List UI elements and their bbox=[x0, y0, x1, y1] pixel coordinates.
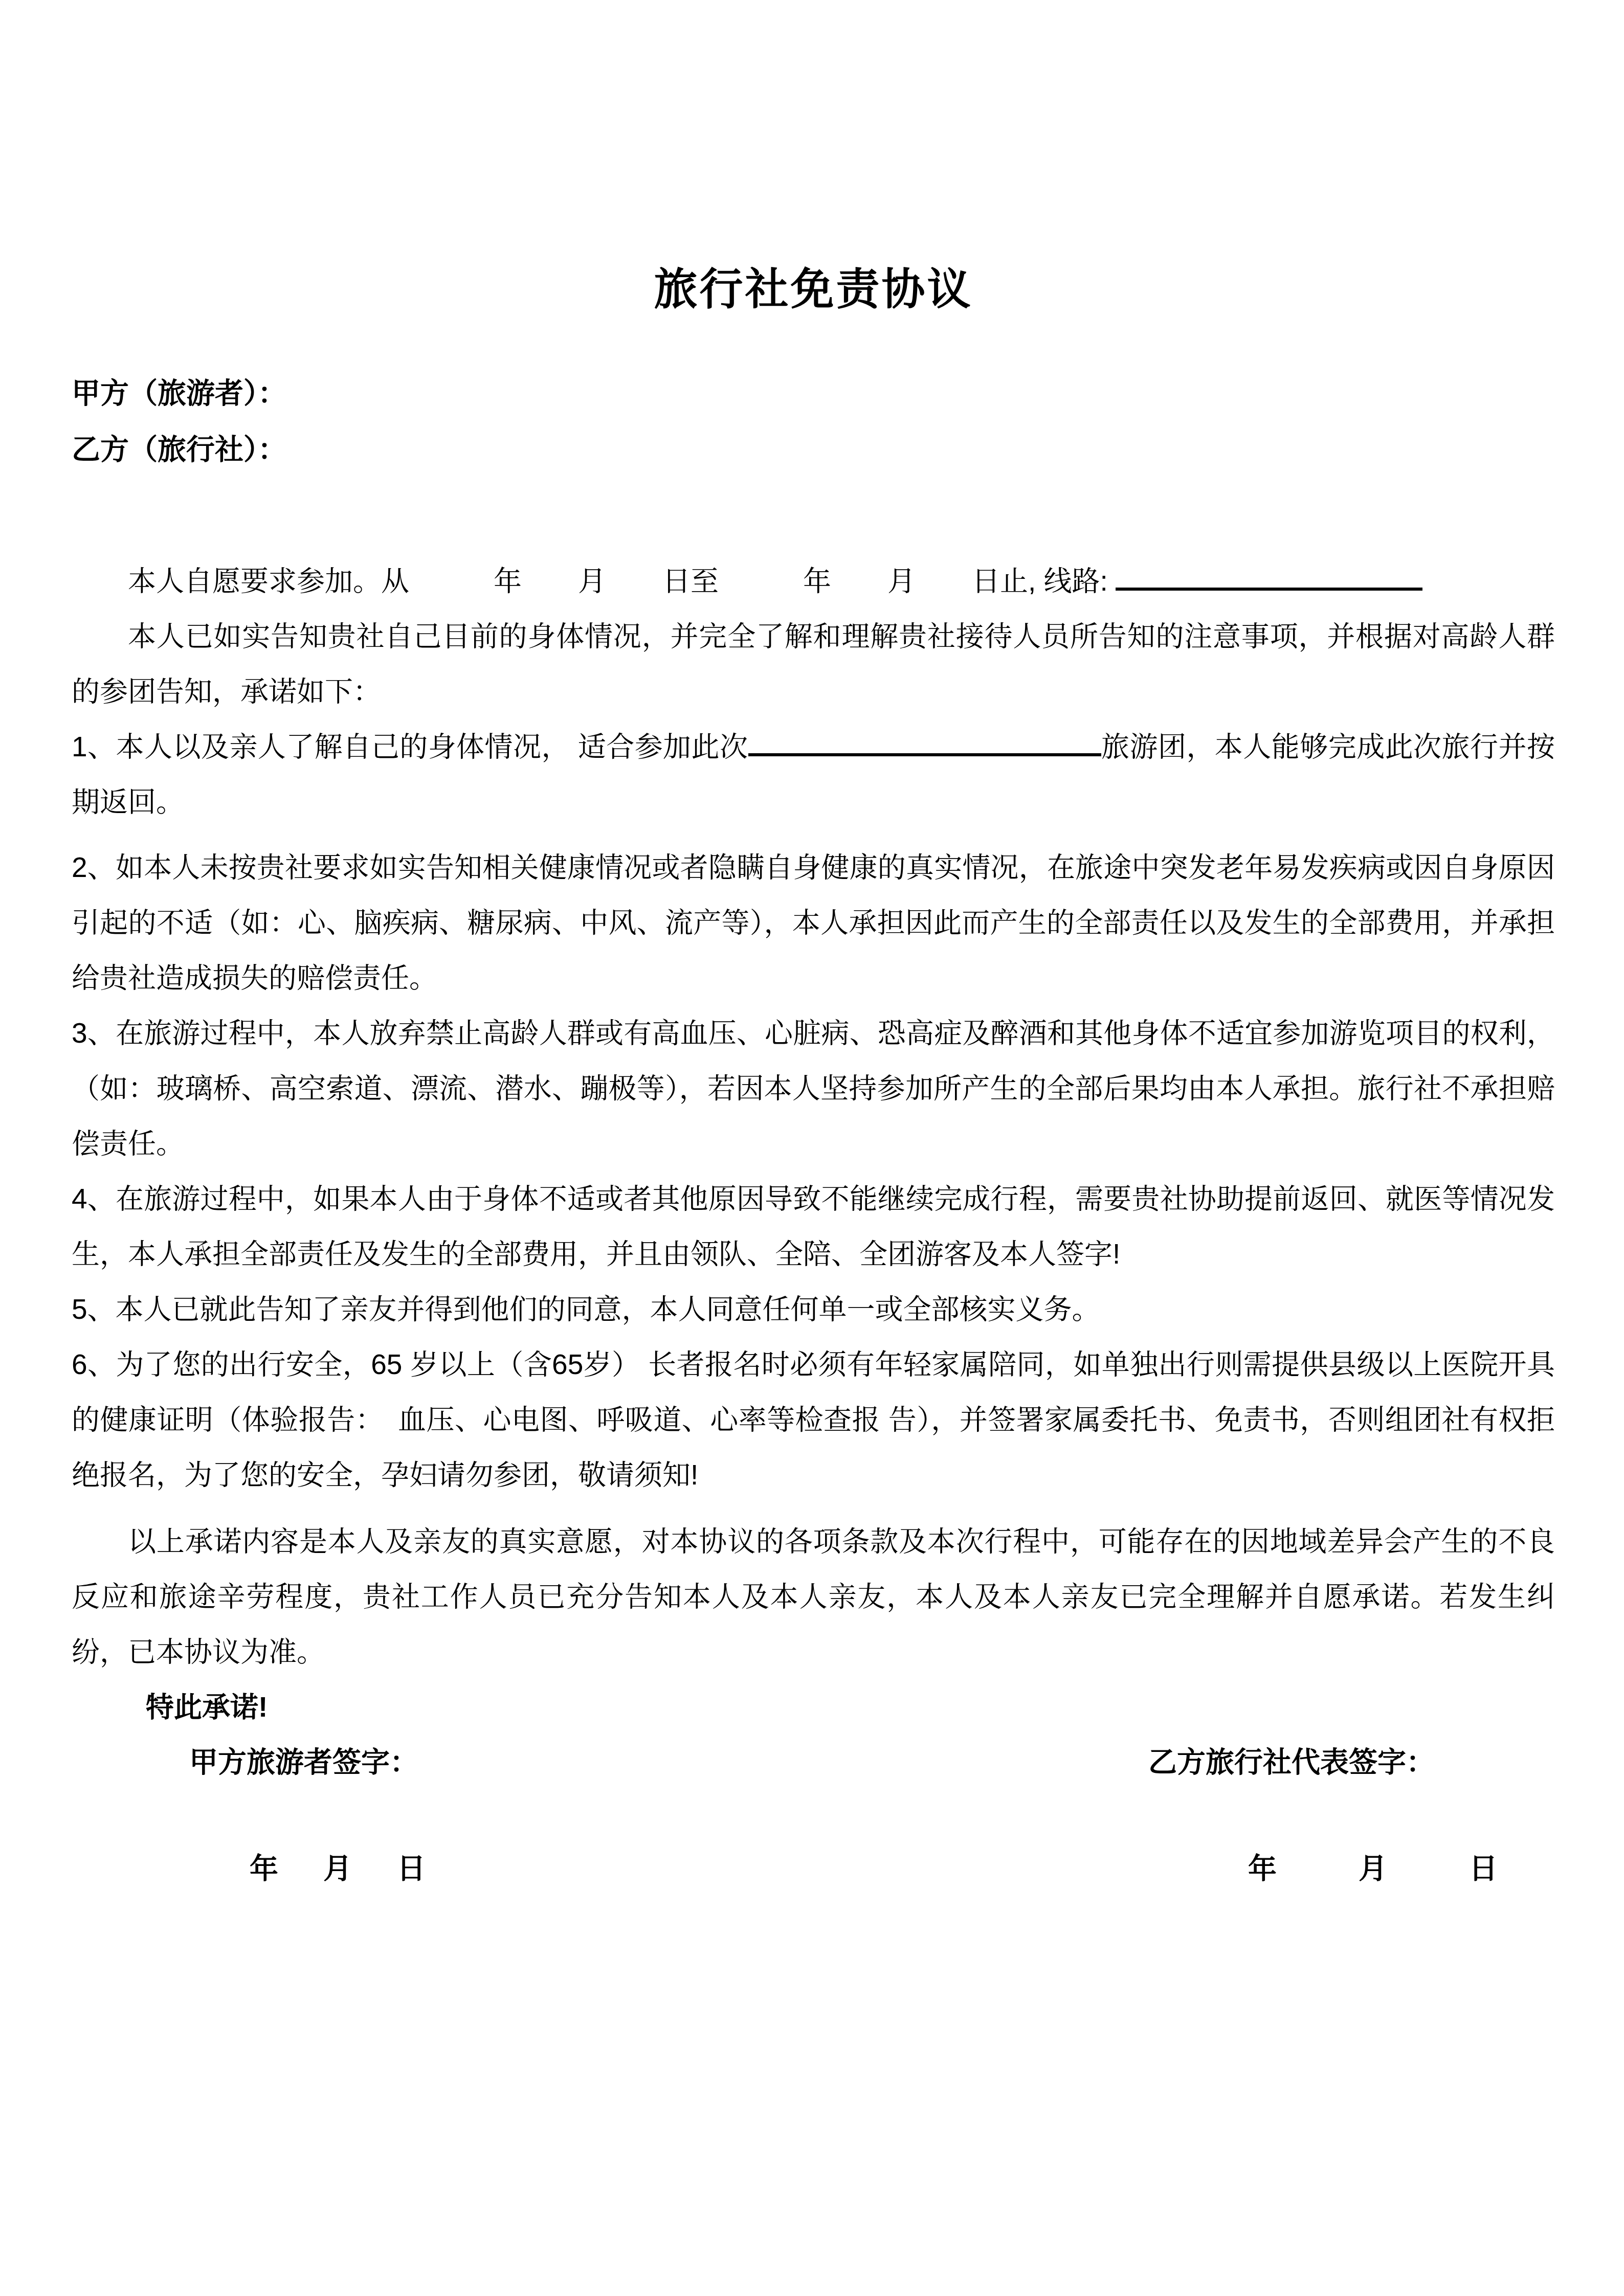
party-a-label: 甲方（旅游者）： bbox=[72, 365, 1555, 421]
clause-1-text-pre: 1、本人以及亲人了解自己的身体情况， 适合参加此次 bbox=[72, 731, 748, 762]
clause-2: 2、如本人未按贵社要求如实告知相关健康情况或者隐瞒自身健康的真实情况，在旅途中突… bbox=[72, 840, 1555, 1005]
promise-line: 特此承诺! bbox=[72, 1679, 1555, 1735]
health-notice-paragraph: 本人已如实告知贵社自己目前的身体情况，并完全了解和理解贵社接待人员所告知的注意事… bbox=[72, 609, 1555, 719]
clause-1: 1、本人以及亲人了解自己的身体情况， 适合参加此次旅游团，本人能够完成此次旅行并… bbox=[72, 719, 1555, 829]
party-b-signature-label: 乙方旅行社代表签字： bbox=[1148, 1735, 1435, 1790]
clause-4: 4、在旅游过程中，如果本人由于身体不适或者其他原因导致不能继续完成行程，需要贵社… bbox=[72, 1171, 1555, 1281]
document-page: 旅行社免责协议 甲方（旅游者）： 乙方（旅行社）： 本人自愿要求参加。从 年 月… bbox=[0, 0, 1624, 2296]
closing-paragraph: 以上承诺内容是本人及亲友的真实意愿，对本协议的各项条款及本次行程中，可能存在的因… bbox=[72, 1514, 1555, 1679]
party-b-date-line: 年 月 日 bbox=[1248, 1841, 1506, 1896]
intro-line: 本人自愿要求参加。从 年 月 日至 年 月 日止, 线路: bbox=[72, 553, 1555, 609]
signature-row: 甲方旅游者签字： 乙方旅行社代表签字： bbox=[72, 1735, 1555, 1790]
clause-6: 6、为了您的出行安全，65 岁以上（含65岁） 长者报名时必须有年轻家属陪同，如… bbox=[72, 1337, 1555, 1502]
document-title: 旅行社免责协议 bbox=[72, 266, 1555, 314]
intro-text: 本人自愿要求参加。从 年 月 日至 年 月 日止, 线路: bbox=[128, 565, 1116, 597]
party-a-date-line: 年 月 日 bbox=[250, 1841, 434, 1896]
date-row: 年 月 日 年 月 日 bbox=[72, 1841, 1555, 1896]
route-fill-blank bbox=[1116, 561, 1422, 591]
clause-3: 3、在旅游过程中，本人放弃禁止高龄人群或有高血压、心脏病、恐高症及醉酒和其他身体… bbox=[72, 1005, 1555, 1171]
tour-name-fill-blank bbox=[748, 727, 1101, 756]
clause-5: 5、本人已就此告知了亲友并得到他们的同意，本人同意任何单一或全部核实义务。 bbox=[72, 1281, 1555, 1337]
party-a-signature-label: 甲方旅游者签字： bbox=[189, 1735, 418, 1790]
party-b-label: 乙方（旅行社）： bbox=[72, 421, 1555, 478]
